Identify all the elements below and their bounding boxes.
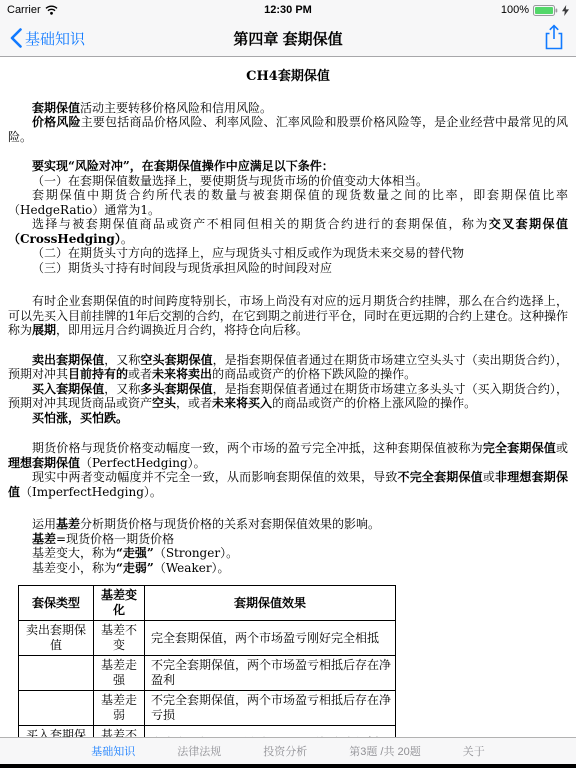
paragraph: （三）期货头寸持有时间段与现货承担风险的时间段对应 xyxy=(8,261,568,276)
table-header-cell: 套期保值效果 xyxy=(145,586,396,621)
paragraph: 价格风险主要包括商品价格风险、利率风险、汇率风险和股票价格风险等，是企业经营中最… xyxy=(8,115,568,144)
doc-title: CH4套期保值 xyxy=(8,70,568,85)
paragraph-spacer xyxy=(8,499,568,517)
document-content[interactable]: CH4套期保值套期保值活动主要转移价格风险和信用风险。价格风险主要包括商品价格风… xyxy=(0,57,576,737)
bold-text-run: 值 xyxy=(8,485,20,499)
table-cell: 完全套期保值，两个市场盈亏刚好完全相抵 xyxy=(145,621,396,656)
bold-text-run: 不完全套期保值 xyxy=(398,470,483,484)
paragraph: 买入套期保值，又称多头套期保值，是指套期保值者通过在期货市场建立多头头寸（买入期… xyxy=(8,382,568,411)
text-run: 选择与被套期保值商品或资产不相同但相关的期货合约进行的套期保值，称为 xyxy=(32,217,489,231)
text-run: 运用 xyxy=(32,517,56,531)
charging-bolt-icon xyxy=(562,5,569,16)
text-run: =现货价格一期货价格 xyxy=(56,532,174,546)
table-row: 买入套期保值基差不变完全套期保值，两个市场盈亏刚好完全相抵 xyxy=(19,726,396,738)
paragraph: 买怕涨，买怕跌。 xyxy=(8,411,568,426)
paragraph-spacer xyxy=(8,144,568,159)
bold-text-run: 多头套期保值 xyxy=(140,382,212,396)
bold-text-run: 非理想套期保 xyxy=(495,470,568,484)
bold-text-run: 基差 xyxy=(32,532,56,546)
text-run: 套期保值中期货合约所代表的数量与被套期保值的现货数量之间的比率，即套期保值比率（… xyxy=(8,188,568,217)
wifi-icon xyxy=(45,5,58,15)
battery-percent-label: 100% xyxy=(501,4,529,16)
table-cell: 基差不变 xyxy=(94,621,145,656)
paragraph: 套期保值中期货合约所代表的数量与被套期保值的现货数量之间的比率，即套期保值比率（… xyxy=(8,188,568,217)
text-run: （三）期货头寸持有时间段与现货承担风险的时间段对应 xyxy=(32,261,332,275)
text-run: 的商品或资产的价格上涨风险的操作。 xyxy=(272,396,476,410)
status-bar: Carrier 12:30 PM 100% xyxy=(0,0,576,20)
table-cell: 不完全套期保值，两个市场盈亏相抵后存在净亏损 xyxy=(145,691,396,726)
table-cell: 基差走弱 xyxy=(94,691,145,726)
bold-text-run: 未来将卖出 xyxy=(152,367,212,381)
bold-text-run: 空头 xyxy=(152,396,176,410)
text-run: 的商品或资产的价格下跌风险的操作。 xyxy=(212,367,416,381)
tab-laws-regulations[interactable]: 法律法规 xyxy=(177,743,221,759)
table-cell: 不完全套期保值，两个市场盈亏相抵后存在净盈利 xyxy=(145,656,396,691)
paragraph: 现实中两者变动幅度并不完全一致，从而影响套期保值的效果，导致不完全套期保值或非理… xyxy=(8,470,568,499)
text-run: 分析期货价格与现货价格的关系对套期保值效果的影响。 xyxy=(80,517,380,531)
table-row: 基差走强不完全套期保值，两个市场盈亏相抵后存在净盈利 xyxy=(19,656,396,691)
paragraph-spacer xyxy=(8,275,568,294)
tab-investment-analysis[interactable]: 投资分析 xyxy=(263,743,307,759)
text-run: （二）在期货头寸方向的选择上，应与现货头寸相反或作为现货未来交易的替代物 xyxy=(32,246,464,260)
text-run: 基差变大，称为 xyxy=(32,546,116,560)
table-cell: 卖出套期保值 xyxy=(19,621,94,656)
bold-text-run: 价格风险 xyxy=(32,115,81,129)
bold-text-run: 要实现“风险对冲”，在套期保值操作中应满足以下条件： xyxy=(32,159,334,173)
text-run: ，即用远月合约调换近月合约，将持仓向后移。 xyxy=(56,323,308,337)
table-header-cell: 基差变化 xyxy=(94,586,145,621)
paragraph-spacer xyxy=(8,425,568,441)
paragraph: 有时企业套期保值的时间跨度特别长，市场上尚没有对应的远月期货合约挂牌，那么在合约… xyxy=(8,294,568,338)
bold-text-run: 套期保值 xyxy=(32,101,80,115)
text-run: 。 xyxy=(121,232,133,246)
bold-text-run: 目前持有的 xyxy=(68,367,128,381)
bold-text-run: 展期 xyxy=(32,323,56,337)
table-cell: 买入套期保值 xyxy=(19,726,94,738)
paragraph: 期货价格与现货价格变动幅度一致，两个市场的盈亏完全冲抵，这种套期保值被称为完全套… xyxy=(8,441,568,470)
text-run: （PerfectHedging）。 xyxy=(80,456,206,470)
back-chevron-icon xyxy=(10,28,22,48)
bold-text-run: “走强” xyxy=(116,546,154,560)
table-row: 基差走弱不完全套期保值，两个市场盈亏相抵后存在净亏损 xyxy=(19,691,396,726)
text-run: 主要包括商品价格风险、利率风险、汇率风险和股票价格风险等，是企业经营中最常见的风… xyxy=(8,115,568,144)
text-run: 基差变小，称为 xyxy=(32,561,116,575)
bold-text-run: 空头套期保值 xyxy=(140,353,212,367)
bold-text-run: 卖出套期保值 xyxy=(32,353,104,367)
bold-text-run: 买入套期保值 xyxy=(32,382,104,396)
text-run: 现实中两者变动幅度并不完全一致，从而影响套期保值的效果，导致 xyxy=(32,470,398,484)
bold-text-run: 买怕涨，买怕跌。 xyxy=(32,411,128,425)
bottom-black-strip xyxy=(0,764,576,768)
table-cell xyxy=(19,656,94,691)
bold-text-run: 未来将买入 xyxy=(212,396,272,410)
bottom-tab-bar: 基础知识法律法规投资分析第3题 /共 20题关于 xyxy=(0,737,576,764)
back-button-label: 基础知识 xyxy=(25,28,85,49)
paragraph: （二）在期货头寸方向的选择上，应与现货头寸相反或作为现货未来交易的替代物 xyxy=(8,246,568,261)
text-run: ，或者 xyxy=(176,396,212,410)
paragraph: 基差变小，称为“走弱”（Weaker）。 xyxy=(8,561,568,576)
bold-text-run: “走弱” xyxy=(116,561,154,575)
paragraph: 要实现“风险对冲”，在套期保值操作中应满足以下条件： xyxy=(8,159,568,174)
table-cell xyxy=(19,691,94,726)
back-button[interactable]: 基础知识 xyxy=(0,28,95,49)
question-progress-label: 第3题 /共 20题 xyxy=(349,743,421,759)
table-header-row: 套保类型基差变化套期保值效果 xyxy=(19,586,396,621)
text-run: （ImperfectHedging）。 xyxy=(20,485,162,499)
share-icon xyxy=(544,24,564,50)
text-run: 期货价格与现货价格变动幅度一致，两个市场的盈亏完全冲抵，这种套期保值被称为 xyxy=(32,441,483,455)
text-run: 活动主要转移价格风险和信用风险。 xyxy=(80,101,272,115)
tab-about[interactable]: 关于 xyxy=(463,743,485,759)
text-run: （Stronger）。 xyxy=(154,546,238,560)
paragraph: 运用基差分析期货价格与现货价格的关系对套期保值效果的影响。 xyxy=(8,517,568,532)
bold-text-run: 完全套期保值 xyxy=(483,441,556,455)
table-cell: 基差不变 xyxy=(94,726,145,738)
paragraph: 卖出套期保值，又称空头套期保值，是指套期保值者通过在期货市场建立空头头寸（卖出期… xyxy=(8,353,568,382)
text-run: （Weaker）。 xyxy=(154,561,230,575)
paragraph: （一）在套期保值数量选择上，要使期货与现货市场的价值变动大体相当。 xyxy=(8,174,568,189)
table-header-cell: 套保类型 xyxy=(19,586,94,621)
paragraph: 基差变大，称为“走强”（Stronger）。 xyxy=(8,546,568,561)
table-row: 卖出套期保值基差不变完全套期保值，两个市场盈亏刚好完全相抵 xyxy=(19,621,396,656)
carrier-label: Carrier xyxy=(7,4,41,16)
table-cell: 完全套期保值，两个市场盈亏刚好完全相抵 xyxy=(145,726,396,738)
paragraph-spacer xyxy=(8,338,568,353)
top-chrome: Carrier 12:30 PM 100% xyxy=(0,0,576,57)
text-run: （一）在套期保值数量选择上，要使期货与现货市场的价值变动大体相当。 xyxy=(32,174,428,188)
text-run: ，又称 xyxy=(104,382,140,396)
text-run: ，又称 xyxy=(104,353,140,367)
table-cell: 基差走强 xyxy=(94,656,145,691)
clock-label: 12:30 PM xyxy=(0,4,576,16)
bold-text-run: 理想套期保值 xyxy=(8,456,80,470)
navigation-bar: 第四章 套期保值 基础知识 xyxy=(0,20,576,56)
paragraph-spacer xyxy=(8,87,568,101)
hedging-effect-table: 套保类型基差变化套期保值效果卖出套期保值基差不变完全套期保值，两个市场盈亏刚好完… xyxy=(18,585,396,737)
paragraph: 套期保值活动主要转移价格风险和信用风险。 xyxy=(8,101,568,116)
paragraph: 选择与被套期保值商品或资产不相同但相关的期货合约进行的套期保值，称为交叉套期保值… xyxy=(8,217,568,246)
share-button[interactable] xyxy=(544,24,564,50)
paragraph: 基差=现货价格一期货价格 xyxy=(8,532,568,547)
text-run: 或 xyxy=(556,441,568,455)
text-run: 或 xyxy=(483,470,495,484)
bold-text-run: 基差 xyxy=(56,517,80,531)
battery-icon xyxy=(533,5,558,16)
tab-basic-knowledge[interactable]: 基础知识 xyxy=(91,743,135,759)
text-run: 或者 xyxy=(128,367,152,381)
